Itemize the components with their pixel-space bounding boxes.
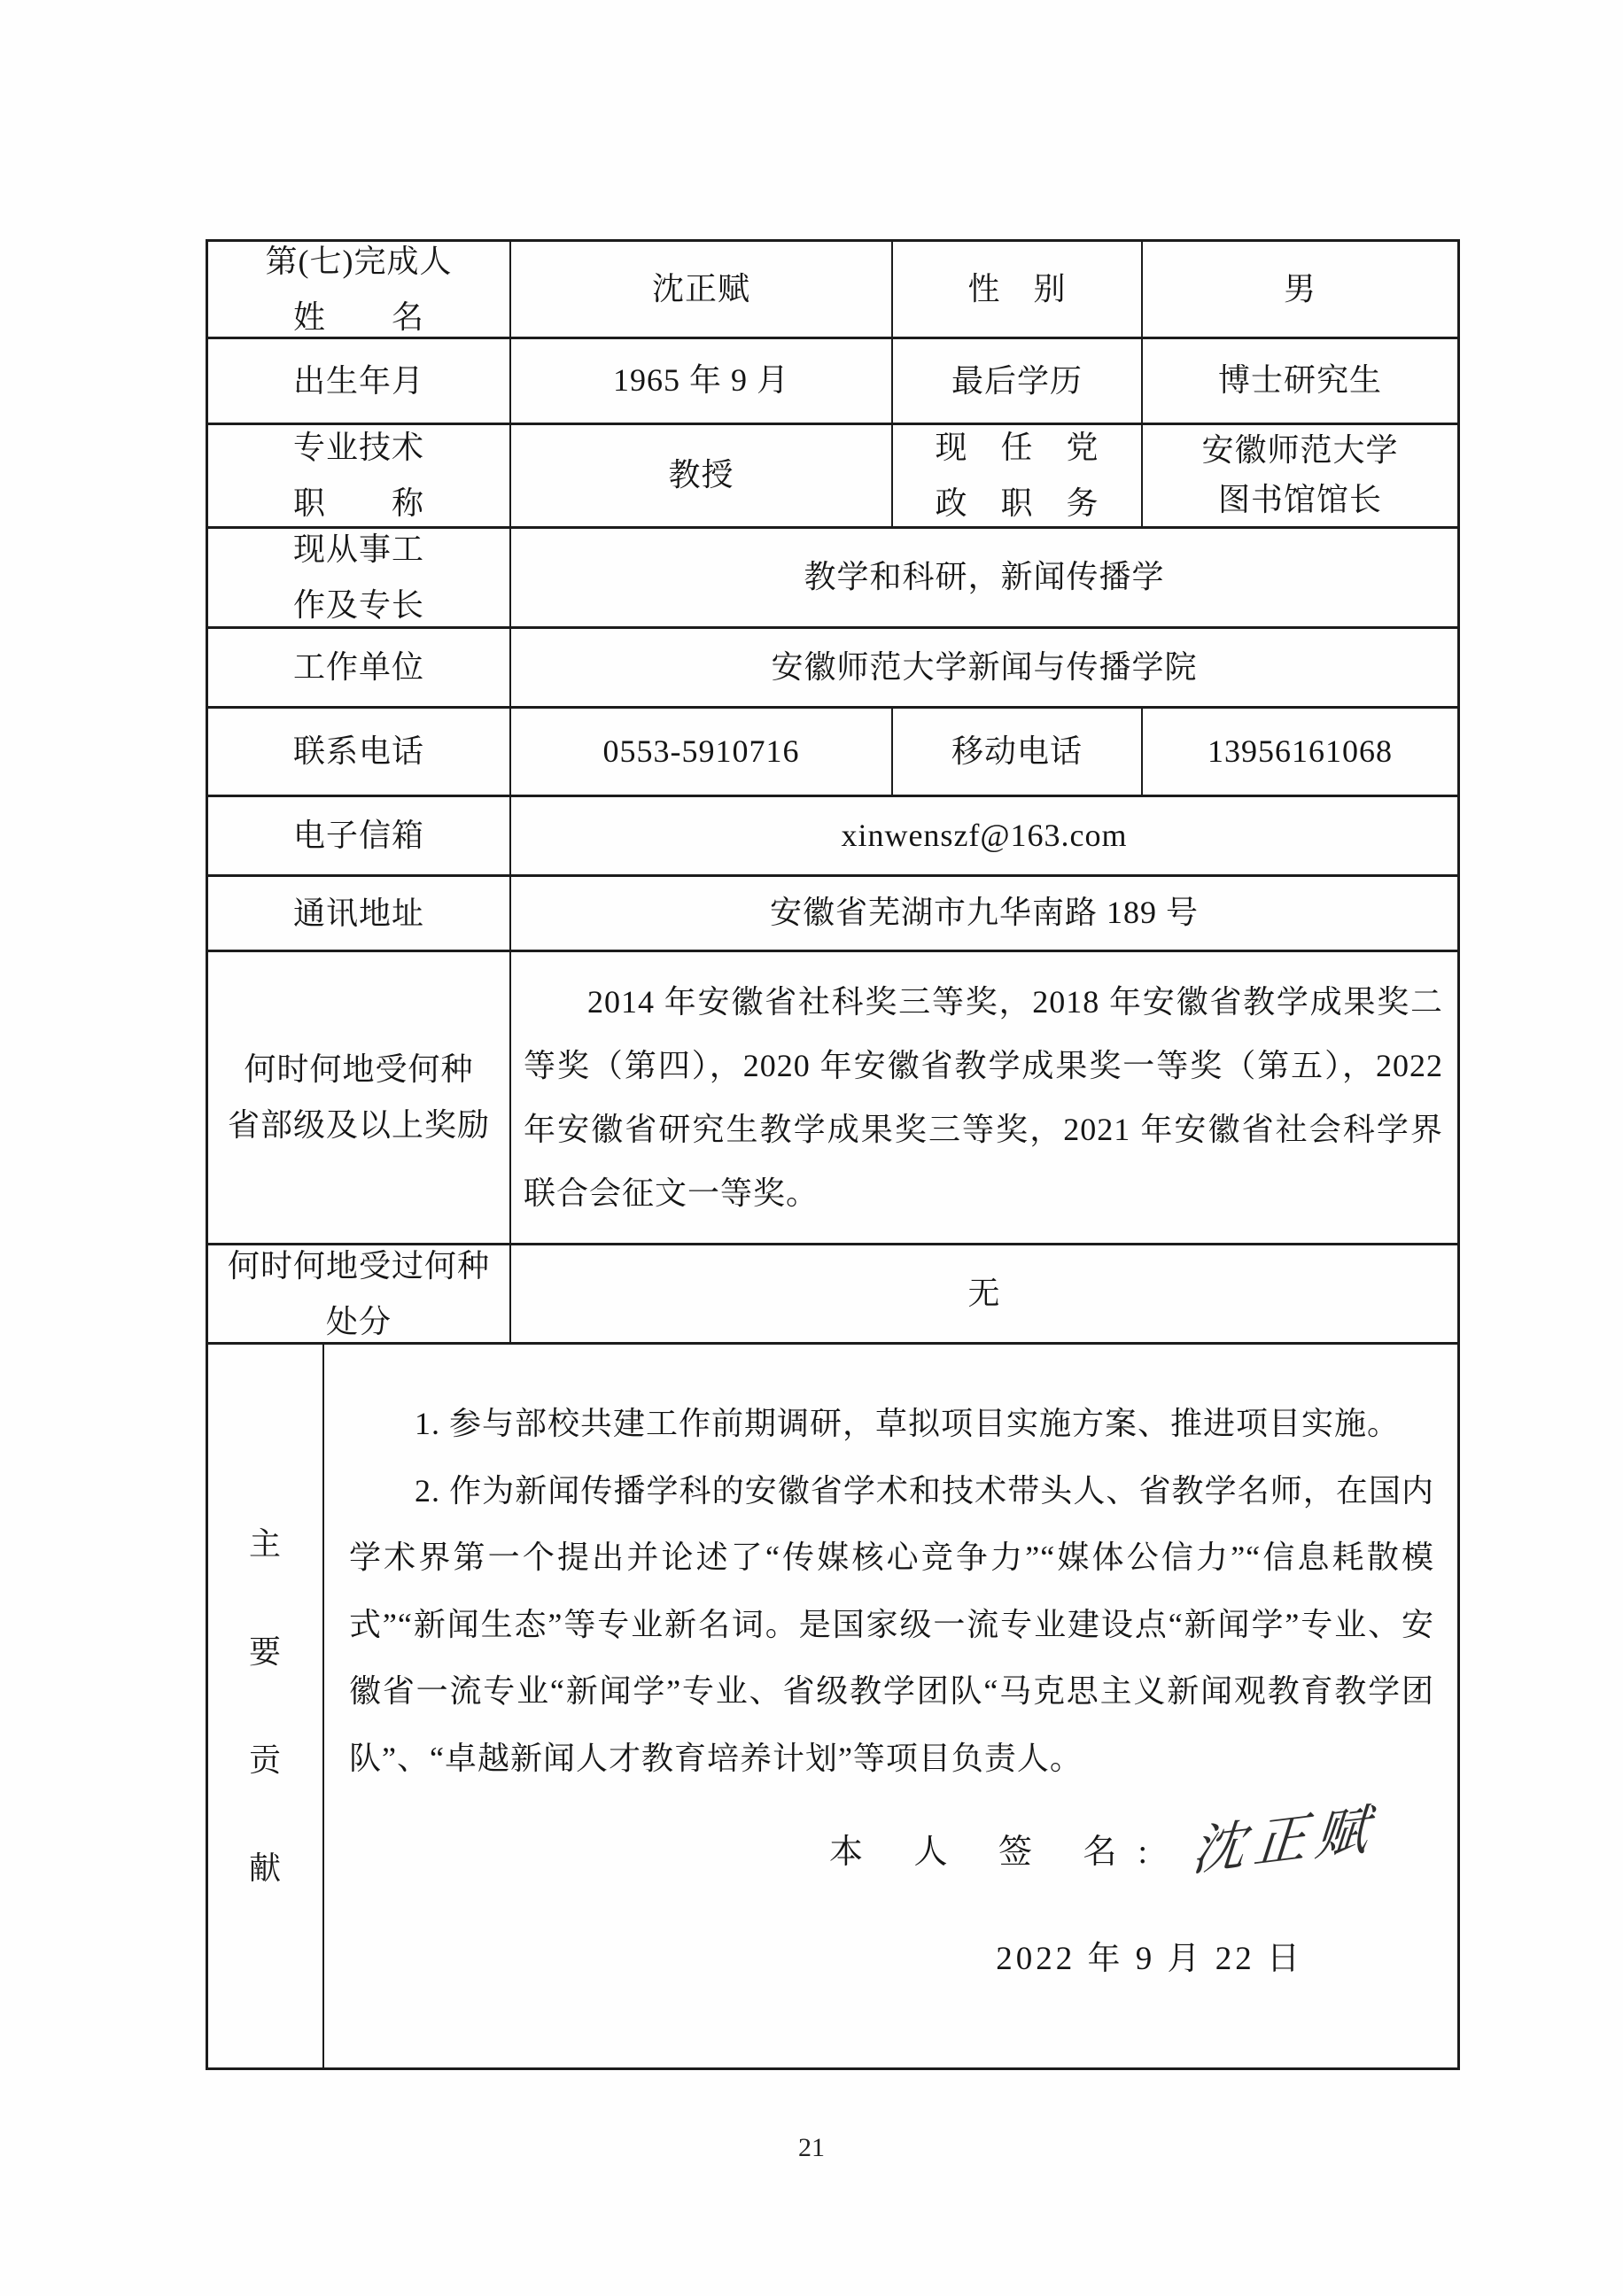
gender-value: 男 xyxy=(1143,242,1457,337)
phone-value: 0553-5910716 xyxy=(511,709,893,795)
birth-label: 出生年月 xyxy=(208,339,511,423)
handwritten-signature: 沈正赋 xyxy=(1189,1788,1381,1894)
email-label: 电子信箱 xyxy=(208,797,511,874)
main-contributions-content: 1. 参与部校共建工作前期调研，草拟项目实施方案、推进项目实施。 2. 作为新闻… xyxy=(324,1345,1457,2067)
row-awards: 何时何地受何种 省部级及以上奖励 2014 年安徽省社科奖三等奖，2018 年安… xyxy=(208,952,1457,1245)
label-line: 政 职 务 xyxy=(935,476,1099,531)
label-char: 主 xyxy=(249,1528,282,1560)
page-number: 21 xyxy=(0,2133,1623,2163)
education-label: 最后学历 xyxy=(893,339,1143,423)
signature-row: 本 人 签 名: 沈正赋 xyxy=(349,1823,1434,1882)
document-page: 第(七)完成人 姓 名 沈正赋 性 别 男 出生年月 1965 年 9 月 最后… xyxy=(0,0,1623,2296)
punishment-value: 无 xyxy=(511,1245,1457,1342)
row-punishment: 何时何地受过何种 处分 无 xyxy=(208,1245,1457,1345)
awards-label: 何时何地受何种 省部级及以上奖励 xyxy=(208,952,511,1243)
mobile-value: 13956161068 xyxy=(1143,709,1457,795)
label-line: 省部级及以上奖励 xyxy=(228,1098,490,1153)
signature-date: 2022 年 9 月 22 日 xyxy=(349,1934,1434,1984)
birth-value: 1965 年 9 月 xyxy=(511,339,893,423)
label-line: 作及专长 xyxy=(293,578,424,633)
education-value: 博士研究生 xyxy=(1143,339,1457,423)
employer-value: 安徽师范大学新闻与传播学院 xyxy=(511,629,1457,706)
label-line: 姓 名 xyxy=(293,290,424,345)
name-value: 沈正赋 xyxy=(511,242,893,337)
row-current-work: 现从事工 作及专长 教学和科研，新闻传播学 xyxy=(208,529,1457,629)
label-char: 要 xyxy=(249,1636,282,1668)
contribution-paragraph-1: 1. 参与部校共建工作前期调研，草拟项目实施方案、推进项目实施。 xyxy=(349,1391,1434,1458)
row-email: 电子信箱 xinwenszf@163.com xyxy=(208,797,1457,877)
address-value: 安徽省芜湖市九华南路 189 号 xyxy=(511,877,1457,950)
label-line: 何时何地受何种 xyxy=(244,1042,473,1098)
contribution-paragraph-2: 2. 作为新闻传播学科的安徽省学术和技术带头人、省教学名师，在国内学术界第一个提… xyxy=(349,1458,1434,1793)
punishment-label: 何时何地受过何种 处分 xyxy=(208,1245,511,1342)
current-work-value: 教学和科研，新闻传播学 xyxy=(511,529,1457,626)
employer-label: 工作单位 xyxy=(208,629,511,706)
row-address: 通讯地址 安徽省芜湖市九华南路 189 号 xyxy=(208,877,1457,952)
label-line: 现从事工 xyxy=(293,522,424,578)
value-line: 安徽师范大学 xyxy=(1201,426,1398,476)
awards-value: 2014 年安徽省社科奖三等奖，2018 年安徽省教学成果奖二等奖（第四），20… xyxy=(511,952,1457,1243)
label-line: 现 任 党 xyxy=(935,420,1099,476)
main-contributions-label: 主 要 贡 献 xyxy=(208,1345,324,2067)
email-value: xinwenszf@163.com xyxy=(511,797,1457,874)
personnel-form-table: 第(七)完成人 姓 名 沈正赋 性 别 男 出生年月 1965 年 9 月 最后… xyxy=(206,239,1460,2070)
awards-paragraph: 2014 年安徽省社科奖三等奖，2018 年安徽省教学成果奖二等奖（第四），20… xyxy=(524,970,1443,1225)
row-phones: 联系电话 0553-5910716 移动电话 13956161068 xyxy=(208,709,1457,797)
label-line: 专业技术 xyxy=(293,420,424,476)
address-label: 通讯地址 xyxy=(208,877,511,950)
row-employer: 工作单位 安徽师范大学新闻与传播学院 xyxy=(208,629,1457,709)
label-char: 献 xyxy=(249,1852,282,1884)
gender-label: 性 别 xyxy=(893,242,1143,337)
row-main-contributions: 主 要 贡 献 1. 参与部校共建工作前期调研，草拟项目实施方案、推进项目实施。… xyxy=(208,1345,1457,2067)
current-work-label: 现从事工 作及专长 xyxy=(208,529,511,626)
title-label: 专业技术 职 称 xyxy=(208,425,511,526)
mobile-label: 移动电话 xyxy=(893,709,1143,795)
phone-label: 联系电话 xyxy=(208,709,511,795)
row-birth-education: 出生年月 1965 年 9 月 最后学历 博士研究生 xyxy=(208,339,1457,425)
party-position-value: 安徽师范大学 图书馆馆长 xyxy=(1143,425,1457,526)
label-line: 处分 xyxy=(326,1294,392,1350)
value-line: 图书馆馆长 xyxy=(1218,476,1382,525)
label-line: 第(七)完成人 xyxy=(266,234,453,290)
row-title-position: 专业技术 职 称 教授 现 任 党 政 职 务 安徽师范大学 图书馆馆长 xyxy=(208,425,1457,529)
row-name-gender: 第(七)完成人 姓 名 沈正赋 性 别 男 xyxy=(208,242,1457,339)
party-position-label: 现 任 党 政 职 务 xyxy=(893,425,1143,526)
signature-label: 本 人 签 名: xyxy=(829,1827,1169,1879)
label-char: 贡 xyxy=(249,1744,282,1776)
name-label: 第(七)完成人 姓 名 xyxy=(208,242,511,337)
title-value: 教授 xyxy=(511,425,893,526)
label-line: 何时何地受过何种 xyxy=(228,1238,490,1294)
